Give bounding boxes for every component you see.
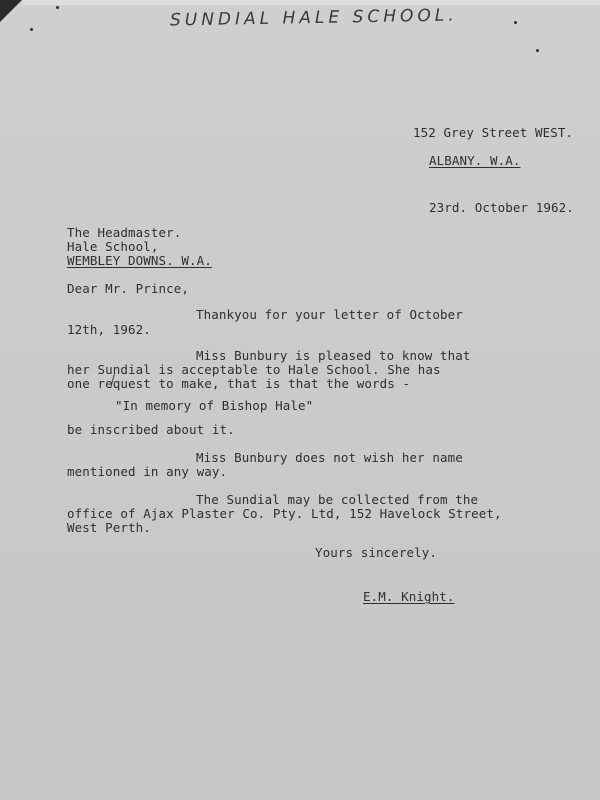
body-line: her Sundial is acceptable to Hale School… [67, 362, 441, 377]
body-line: 12th, 1962. [67, 322, 151, 337]
sender-address-street: 152 Grey Street WEST. [413, 125, 573, 140]
recipient-school: Hale School, [67, 239, 159, 254]
recipient-location: WEMBLEY DOWNS. W.A. [67, 253, 212, 268]
body-line: Miss Bunbury is pleased to know that [196, 348, 471, 363]
handwritten-heading: SUNDIAL HALE SCHOOL. [170, 5, 458, 30]
salutation: Dear Mr. Prince, [67, 281, 189, 296]
paper-speck [536, 49, 539, 52]
sender-address-city: ALBANY. W.A. [429, 153, 521, 168]
paper-speck [30, 28, 33, 31]
valediction: Yours sincerely. [315, 545, 437, 560]
body-line: be inscribed about it. [67, 422, 235, 437]
paper-speck [56, 6, 59, 9]
body-line: West Perth. [67, 520, 151, 535]
body-line: Thankyou for your letter of October [196, 307, 463, 322]
body-line: Miss Bunbury does not wish her name [196, 450, 463, 465]
scan-corner-shadow [0, 0, 22, 22]
signature-name: E.M. Knight. [363, 589, 455, 604]
body-line: office of Ajax Plaster Co. Pty. Ltd, 152… [67, 506, 502, 521]
body-line: The Sundial may be collected from the [196, 492, 478, 507]
paper-speck [514, 21, 517, 24]
body-line: one request to make, that is that the wo… [67, 376, 410, 391]
letter-date: 23rd. October 1962. [429, 200, 574, 215]
recipient-title: The Headmaster. [67, 225, 181, 240]
paper-top-edge [22, 0, 600, 5]
inscription-quote: "In memory of Bishop Hale" [115, 398, 313, 413]
letter-page: SUNDIAL HALE SCHOOL. 152 Grey Street WES… [0, 0, 600, 800]
body-line: mentioned in any way. [67, 464, 227, 479]
